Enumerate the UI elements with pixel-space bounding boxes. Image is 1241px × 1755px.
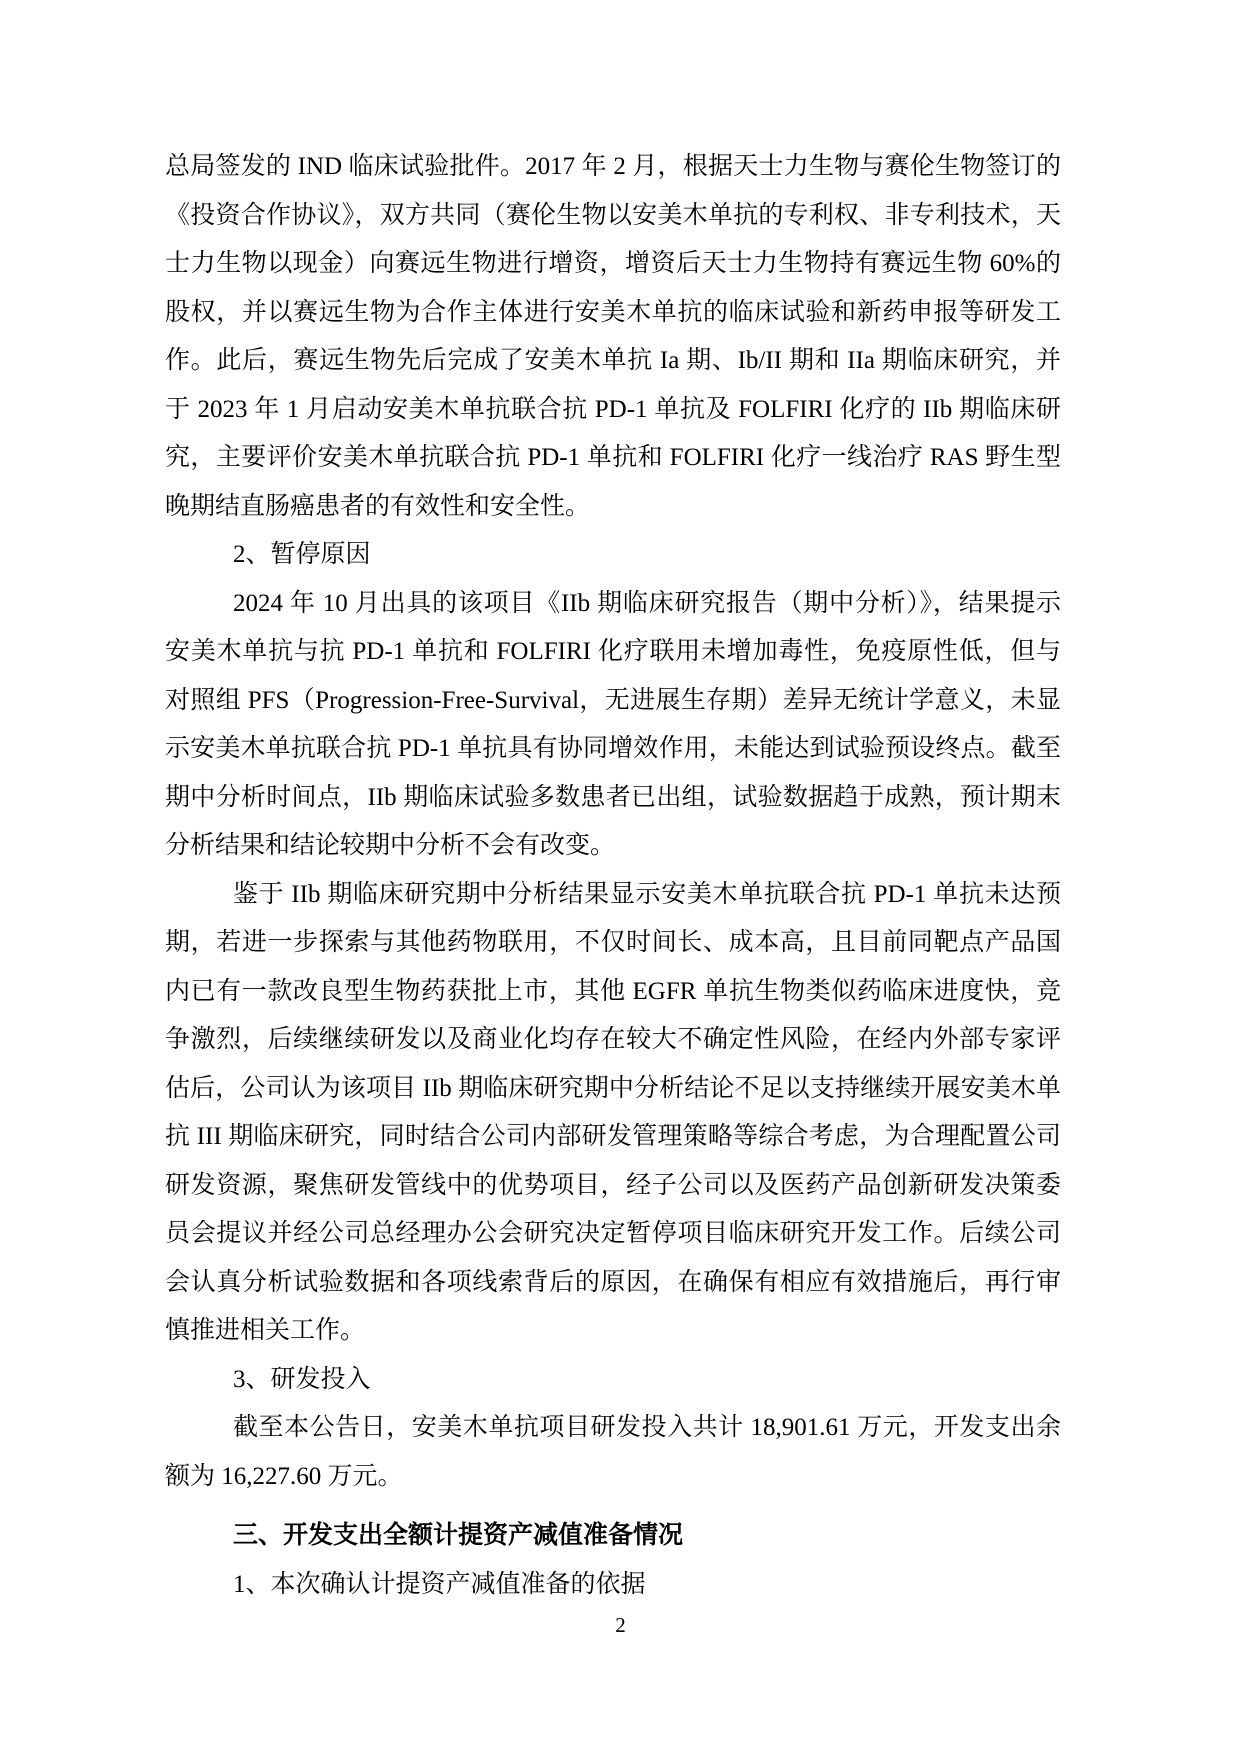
heading-impairment-basis: 1、本次确认计提资产减值准备的依据 — [165, 1561, 1061, 1610]
paragraph-rd-investment: 截至本公告日，安美木单抗项目研发投入共计 18,901.61 万元，开发支出余额… — [165, 1404, 1061, 1501]
document-body: 总局签发的 IND 临床试验批件。2017 年 2 月，根据天士力生物与赛伦生物… — [165, 143, 1061, 1609]
paragraph-interim-analysis: 2024 年 10 月出具的该项目《IIb 期临床研究报告（期中分析）》，结果提… — [165, 580, 1061, 871]
page-number: 2 — [0, 1612, 1241, 1638]
document-page: 总局签发的 IND 临床试验批件。2017 年 2 月，根据天士力生物与赛伦生物… — [0, 0, 1241, 1755]
heading-pause-reason: 2、暂停原因 — [165, 531, 1061, 580]
heading-rd-investment: 3、研发投入 — [165, 1356, 1061, 1405]
paragraph-continued-from-previous-page: 总局签发的 IND 临床试验批件。2017 年 2 月，根据天士力生物与赛伦生物… — [165, 143, 1061, 531]
paragraph-decision-to-pause: 鉴于 IIb 期临床研究期中分析结果显示安美木单抗联合抗 PD-1 单抗未达预期… — [165, 871, 1061, 1356]
heading-section-three-impairment: 三、开发支出全额计提资产减值准备情况 — [165, 1512, 1061, 1561]
